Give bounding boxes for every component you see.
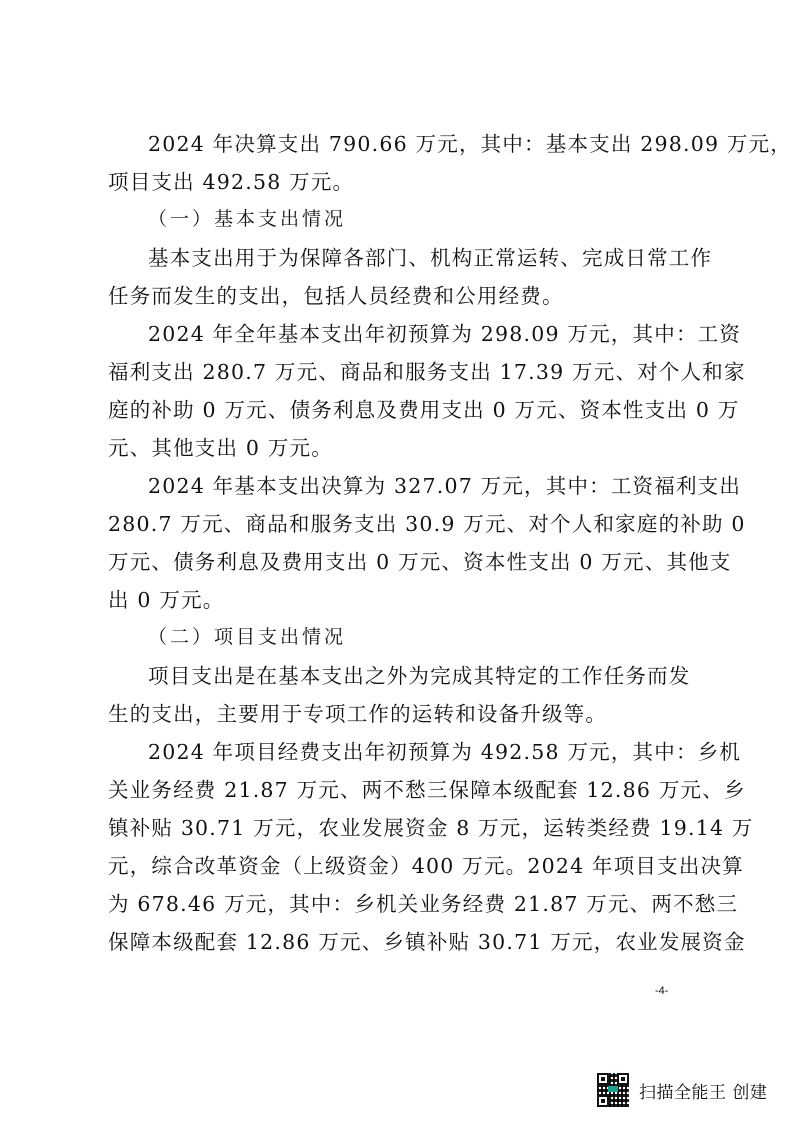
paragraph-line: 2024 年项目经费支出年初预算为 492.58 万元，其中：乡机 (148, 739, 741, 765)
paragraph-line: 福利支出 280.7 万元、商品和服务支出 17.39 万元、对个人和家 (108, 359, 746, 385)
paragraph-line: 项目支出 492.58 万元。 (108, 169, 354, 195)
scanner-watermark: 扫描全能王 创建 (597, 1073, 767, 1107)
paragraph-line: 任务而发生的支出，包括人员经费和公用经费。 (108, 283, 564, 309)
paragraph-line: 关业务经费 21.87 万元、两不愁三保障本级配套 12.86 万元、乡 (108, 777, 746, 803)
paragraph-line: 2024 年全年基本支出年初预算为 298.09 万元，其中：工资 (148, 321, 741, 347)
paragraph-line: 280.7 万元、商品和服务支出 30.9 万元、对个人和家庭的补助 0 (108, 511, 746, 537)
page-number: -4- (655, 985, 668, 997)
paragraph-line: 元、其他支出 0 万元。 (108, 435, 333, 461)
paragraph-line: 基本支出用于为保障各部门、机构正常运转、完成日常工作 (148, 245, 712, 271)
paragraph-line: 庭的补助 0 万元、债务利息及费用支出 0 万元、资本性支出 0 万 (108, 397, 740, 423)
paragraph-line: 镇补贴 30.71 万元，农业发展资金 8 万元，运转类经费 19.14 万 (108, 815, 754, 841)
paragraph-line: 2024 年基本支出决算为 327.07 万元，其中：工资福利支出 (148, 473, 741, 499)
paragraph-line: 元，综合改革资金（上级资金）400 万元。2024 年项目支出决算 (108, 853, 744, 879)
watermark-text: 扫描全能王 创建 (639, 1078, 767, 1103)
section-heading: （二）项目支出情况 (148, 624, 346, 650)
section-heading: （一）基本支出情况 (148, 206, 346, 232)
paragraph-line: 万元、债务利息及费用支出 0 万元、资本性支出 0 万元、其他支 (108, 549, 732, 575)
paragraph-line: 保障本级配套 12.86 万元、乡镇补贴 30.71 万元，农业发展资金 (108, 929, 746, 955)
paragraph-line: 为 678.46 万元，其中：乡机关业务经费 21.87 万元、两不愁三 (108, 891, 738, 917)
paragraph-line: 2024 年决算支出 790.66 万元，其中：基本支出 298.09 万元， (148, 131, 792, 157)
paragraph-line: 出 0 万元。 (108, 587, 224, 613)
paragraph-line: 生的支出，主要用于专项工作的运转和设备升级等。 (108, 701, 607, 727)
qr-code-icon (597, 1073, 629, 1107)
paragraph-line: 项目支出是在基本支出之外为完成其特定的工作任务而发 (148, 663, 691, 689)
